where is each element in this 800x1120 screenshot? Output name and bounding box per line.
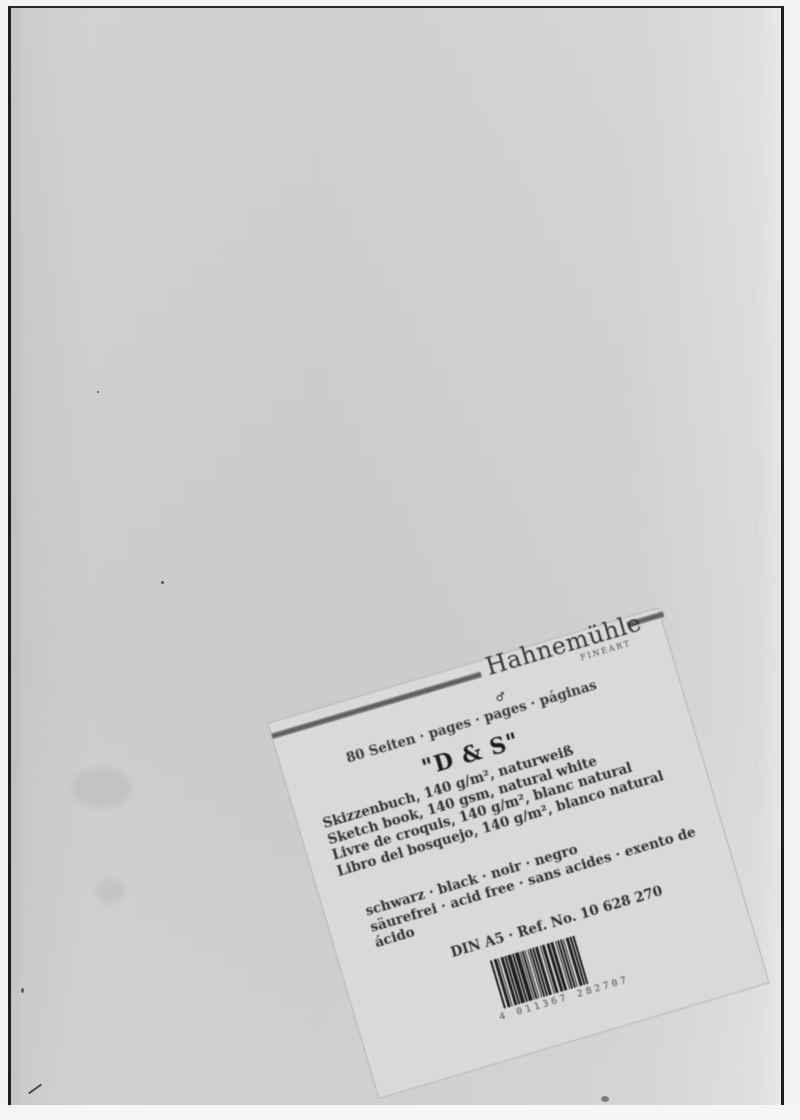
speck bbox=[601, 1096, 609, 1102]
scratch bbox=[28, 1084, 42, 1095]
speck bbox=[21, 988, 24, 993]
smudge bbox=[71, 768, 131, 808]
smudge bbox=[96, 878, 126, 903]
speck bbox=[97, 391, 99, 393]
speck bbox=[161, 581, 164, 584]
scan-margin bbox=[0, 1105, 800, 1120]
